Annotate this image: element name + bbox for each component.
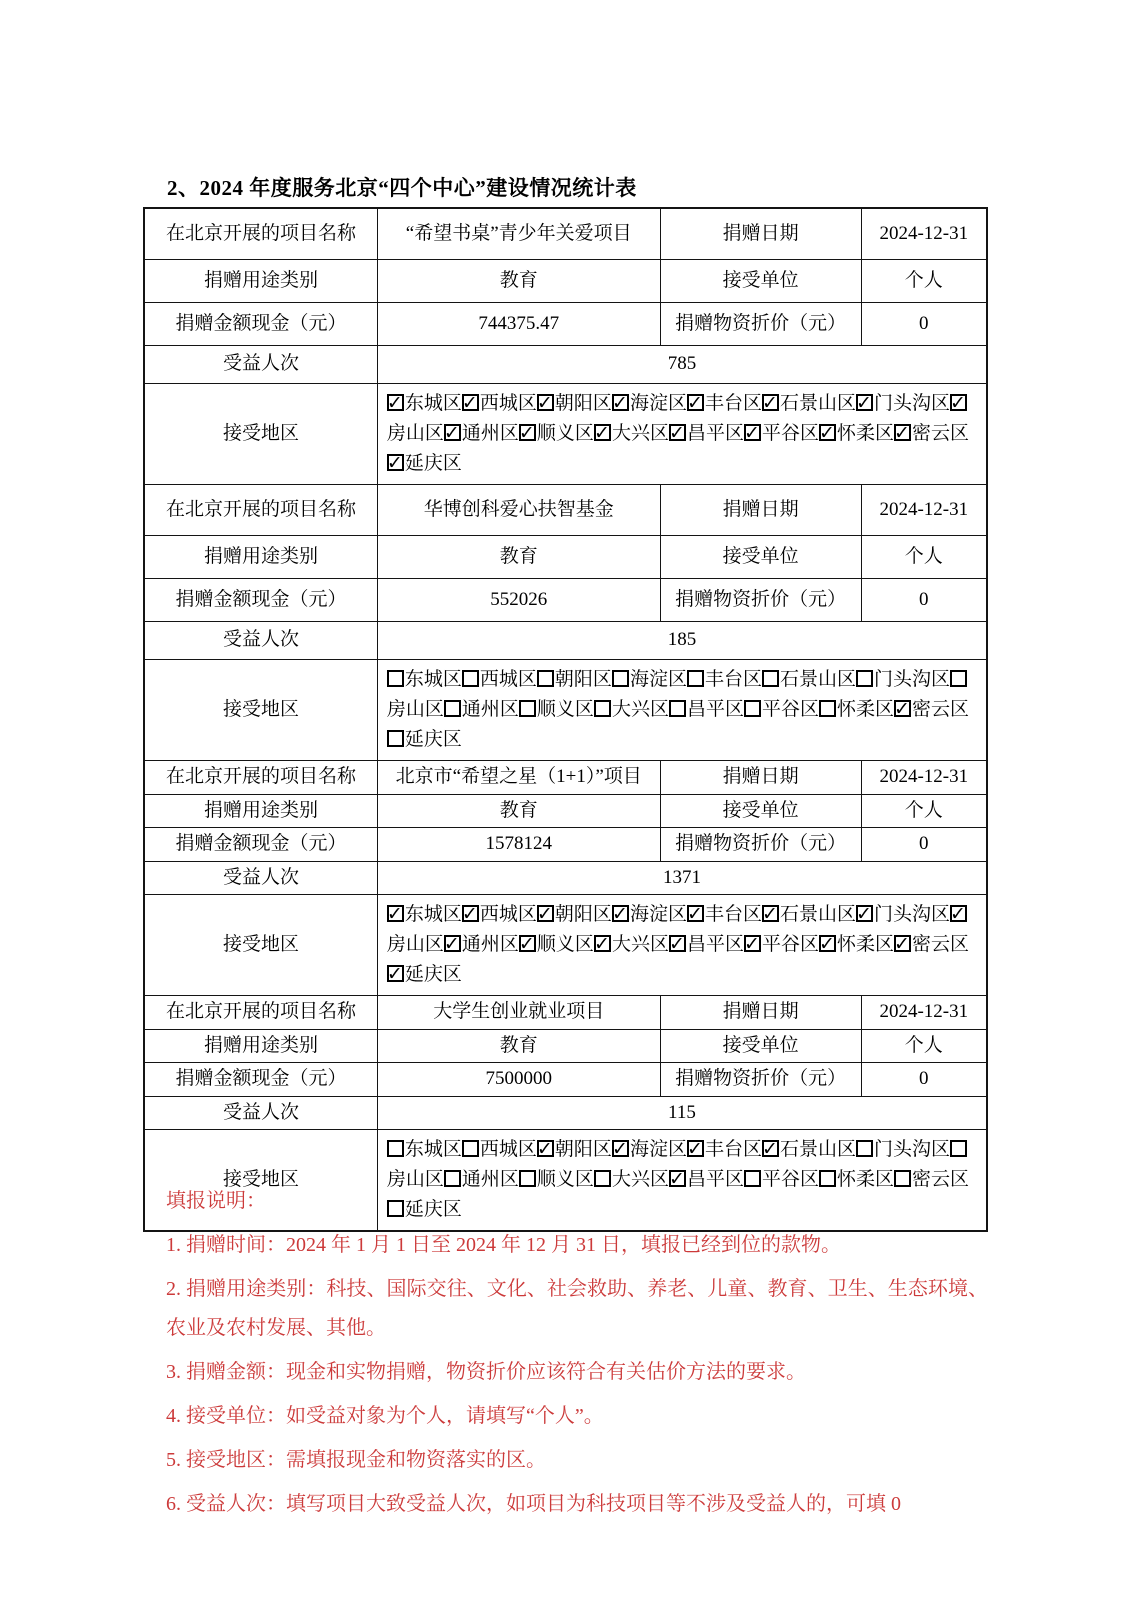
checkbox-checked-icon	[762, 1140, 779, 1157]
checkbox-checked-icon	[594, 424, 611, 441]
cash-amount-label: 捐赠金额现金（元）	[145, 303, 377, 345]
recipient-value: 个人	[861, 795, 986, 828]
regions-label: 接受地区	[145, 384, 377, 484]
checkbox-unchecked-icon	[856, 670, 873, 687]
checkbox-checked-icon	[462, 905, 479, 922]
beneficiaries-label: 受益人次	[145, 346, 377, 383]
checkbox-unchecked-icon	[744, 700, 761, 717]
district-name: 海淀区	[630, 1139, 687, 1160]
district-name: 密云区	[912, 423, 969, 444]
beneficiaries-row: 受益人次 185	[145, 621, 986, 659]
goods-value-value: 0	[861, 828, 986, 861]
beneficiaries-label: 受益人次	[145, 1097, 377, 1130]
category-value: 教育	[377, 1030, 660, 1063]
document-page: 2、2024 年度服务北京“四个中心”建设情况统计表 在北京开展的项目名称 “希…	[0, 0, 1131, 1600]
recipient-value: 个人	[861, 260, 986, 302]
district-name: 东城区	[405, 393, 462, 414]
checkbox-unchecked-icon	[762, 670, 779, 687]
district-name: 怀柔区	[837, 934, 894, 955]
cash-amount-label: 捐赠金额现金（元）	[145, 828, 377, 861]
project-name-label: 在北京开展的项目名称	[145, 209, 377, 259]
goods-value-label: 捐赠物资折价（元）	[660, 1063, 861, 1096]
checkbox-checked-icon	[744, 935, 761, 952]
checkbox-unchecked-icon	[950, 670, 967, 687]
district-name: 朝阳区	[555, 669, 612, 690]
note-item: 2. 捐赠用途类别：科技、国际交往、文化、社会救助、养老、儿童、教育、卫生、生态…	[166, 1270, 988, 1348]
checkbox-checked-icon	[444, 935, 461, 952]
checkbox-checked-icon	[819, 424, 836, 441]
project-name-value: “希望书桌”青少年关爱项目	[377, 209, 660, 259]
district-name: 房山区	[387, 423, 444, 444]
district-name: 石景山区	[780, 1139, 856, 1160]
district-name: 西城区	[480, 1139, 537, 1160]
project-name-value: 北京市“希望之星（1+1）”项目	[377, 761, 660, 794]
district-name: 石景山区	[780, 669, 856, 690]
project-name-value: 华博创科爱心扶智基金	[377, 485, 660, 535]
checkbox-checked-icon	[612, 905, 629, 922]
checkbox-checked-icon	[669, 935, 686, 952]
beneficiaries-row: 受益人次 785	[145, 345, 986, 383]
regions-row: 接受地区 东城区西城区朝阳区海淀区丰台区石景山区门头沟区房山区通州区顺义区大兴区…	[145, 383, 986, 484]
checkbox-checked-icon	[537, 905, 554, 922]
district-name: 通州区	[462, 934, 519, 955]
checkbox-checked-icon	[594, 935, 611, 952]
checkbox-unchecked-icon	[856, 1140, 873, 1157]
project-block: 在北京开展的项目名称 北京市“希望之星（1+1）”项目 捐赠日期 2024-12…	[145, 760, 986, 995]
checkbox-checked-icon	[687, 1140, 704, 1157]
note-item: 5. 接受地区：需填报现金和物资落实的区。	[166, 1441, 988, 1480]
donation-date-value: 2024-12-31	[861, 209, 986, 259]
note-item: 1. 捐赠时间：2024 年 1 月 1 日至 2024 年 12 月 31 日…	[166, 1226, 988, 1265]
district-name: 昌平区	[687, 934, 744, 955]
regions-label: 接受地区	[145, 895, 377, 995]
district-name: 西城区	[480, 904, 537, 925]
district-name: 昌平区	[687, 423, 744, 444]
cash-amount-label: 捐赠金额现金（元）	[145, 1063, 377, 1096]
district-name: 门头沟区	[874, 669, 950, 690]
district-name: 顺义区	[537, 699, 594, 720]
checkbox-checked-icon	[950, 905, 967, 922]
checkbox-unchecked-icon	[387, 670, 404, 687]
checkbox-unchecked-icon	[462, 1140, 479, 1157]
checkbox-checked-icon	[819, 935, 836, 952]
beneficiaries-label: 受益人次	[145, 862, 377, 895]
district-name: 石景山区	[780, 904, 856, 925]
checkbox-checked-icon	[687, 394, 704, 411]
checkbox-unchecked-icon	[387, 730, 404, 747]
checkbox-unchecked-icon	[819, 700, 836, 717]
goods-value-label: 捐赠物资折价（元）	[660, 828, 861, 861]
recipient-value: 个人	[861, 536, 986, 578]
checkbox-checked-icon	[894, 935, 911, 952]
district-name: 门头沟区	[874, 904, 950, 925]
category-value: 教育	[377, 795, 660, 828]
checkbox-unchecked-icon	[387, 1140, 404, 1157]
district-name: 延庆区	[405, 453, 462, 474]
districts-cell: 东城区西城区朝阳区海淀区丰台区石景山区门头沟区房山区通州区顺义区大兴区昌平区平谷…	[377, 384, 986, 484]
project-block: 在北京开展的项目名称 华博创科爱心扶智基金 捐赠日期 2024-12-31 捐赠…	[145, 484, 986, 760]
district-name: 昌平区	[687, 699, 744, 720]
project-name-label: 在北京开展的项目名称	[145, 761, 377, 794]
checkbox-checked-icon	[537, 394, 554, 411]
beneficiaries-row: 受益人次 115	[145, 1096, 986, 1130]
beneficiaries-label: 受益人次	[145, 622, 377, 659]
notes-section: 填报说明： 1. 捐赠时间：2024 年 1 月 1 日至 2024 年 12 …	[166, 1182, 988, 1529]
district-name: 大兴区	[612, 934, 669, 955]
goods-value-value: 0	[861, 1063, 986, 1096]
checkbox-unchecked-icon	[594, 700, 611, 717]
project-name-label: 在北京开展的项目名称	[145, 996, 377, 1029]
checkbox-checked-icon	[856, 905, 873, 922]
district-name: 延庆区	[405, 729, 462, 750]
project-name-value: 大学生创业就业项目	[377, 996, 660, 1029]
amount-row: 捐赠金额现金（元） 7500000 捐赠物资折价（元） 0	[145, 1062, 986, 1096]
checkbox-checked-icon	[387, 454, 404, 471]
district-name: 房山区	[387, 699, 444, 720]
project-name-label: 在北京开展的项目名称	[145, 485, 377, 535]
district-name: 平谷区	[762, 423, 819, 444]
category-row: 捐赠用途类别 教育 接受单位 个人	[145, 535, 986, 578]
goods-value-label: 捐赠物资折价（元）	[660, 303, 861, 345]
category-row: 捐赠用途类别 教育 接受单位 个人	[145, 794, 986, 828]
donation-date-value: 2024-12-31	[861, 996, 986, 1029]
recipient-label: 接受单位	[660, 1030, 861, 1063]
district-name: 丰台区	[705, 393, 762, 414]
donation-date-label: 捐赠日期	[660, 485, 861, 535]
checkbox-checked-icon	[687, 905, 704, 922]
checkbox-unchecked-icon	[687, 670, 704, 687]
page-title: 2、2024 年度服务北京“四个中心”建设情况统计表	[167, 172, 637, 202]
category-label: 捐赠用途类别	[145, 795, 377, 828]
cash-amount-value: 744375.47	[377, 303, 660, 345]
recipient-label: 接受单位	[660, 260, 861, 302]
district-name: 东城区	[405, 1139, 462, 1160]
goods-value-value: 0	[861, 303, 986, 345]
amount-row: 捐赠金额现金（元） 1578124 捐赠物资折价（元） 0	[145, 827, 986, 861]
checkbox-checked-icon	[462, 394, 479, 411]
cash-amount-value: 7500000	[377, 1063, 660, 1096]
beneficiaries-value: 1371	[377, 862, 986, 895]
checkbox-checked-icon	[894, 700, 911, 717]
checkbox-checked-icon	[387, 394, 404, 411]
district-name: 门头沟区	[874, 393, 950, 414]
checkbox-unchecked-icon	[537, 670, 554, 687]
district-name: 东城区	[405, 904, 462, 925]
district-name: 海淀区	[630, 669, 687, 690]
notes-heading: 填报说明：	[166, 1182, 988, 1221]
category-label: 捐赠用途类别	[145, 1030, 377, 1063]
checkbox-unchecked-icon	[612, 670, 629, 687]
district-name: 东城区	[405, 669, 462, 690]
project-name-row: 在北京开展的项目名称 北京市“希望之星（1+1）”项目 捐赠日期 2024-12…	[145, 760, 986, 794]
project-block: 在北京开展的项目名称 “希望书桌”青少年关爱项目 捐赠日期 2024-12-31…	[145, 209, 986, 484]
recipient-label: 接受单位	[660, 536, 861, 578]
districts-cell: 东城区西城区朝阳区海淀区丰台区石景山区门头沟区房山区通州区顺义区大兴区昌平区平谷…	[377, 895, 986, 995]
project-name-row: 在北京开展的项目名称 “希望书桌”青少年关爱项目 捐赠日期 2024-12-31	[145, 209, 986, 259]
recipient-label: 接受单位	[660, 795, 861, 828]
project-name-row: 在北京开展的项目名称 大学生创业就业项目 捐赠日期 2024-12-31	[145, 995, 986, 1029]
checkbox-checked-icon	[387, 965, 404, 982]
checkbox-checked-icon	[669, 424, 686, 441]
checkbox-checked-icon	[612, 394, 629, 411]
note-item: 6. 受益人次：填写项目大致受益人次，如项目为科技项目等不涉及受益人的，可填 0	[166, 1485, 988, 1524]
cash-amount-value: 552026	[377, 579, 660, 621]
checkbox-unchecked-icon	[669, 700, 686, 717]
district-name: 平谷区	[762, 934, 819, 955]
donation-statistics-table: 在北京开展的项目名称 “希望书桌”青少年关爱项目 捐赠日期 2024-12-31…	[143, 207, 988, 1232]
regions-row: 接受地区 东城区西城区朝阳区海淀区丰台区石景山区门头沟区房山区通州区顺义区大兴区…	[145, 894, 986, 995]
checkbox-checked-icon	[612, 1140, 629, 1157]
project-name-row: 在北京开展的项目名称 华博创科爱心扶智基金 捐赠日期 2024-12-31	[145, 484, 986, 535]
district-name: 通州区	[462, 699, 519, 720]
district-name: 丰台区	[705, 904, 762, 925]
checkbox-checked-icon	[444, 424, 461, 441]
checkbox-checked-icon	[762, 905, 779, 922]
district-name: 丰台区	[705, 1139, 762, 1160]
checkbox-checked-icon	[519, 424, 536, 441]
category-label: 捐赠用途类别	[145, 536, 377, 578]
district-name: 顺义区	[537, 423, 594, 444]
checkbox-checked-icon	[950, 394, 967, 411]
district-name: 丰台区	[705, 669, 762, 690]
district-name: 海淀区	[630, 393, 687, 414]
recipient-value: 个人	[861, 1030, 986, 1063]
cash-amount-value: 1578124	[377, 828, 660, 861]
donation-date-label: 捐赠日期	[660, 996, 861, 1029]
district-name: 房山区	[387, 934, 444, 955]
amount-row: 捐赠金额现金（元） 744375.47 捐赠物资折价（元） 0	[145, 302, 986, 345]
beneficiaries-value: 785	[377, 346, 986, 383]
checkbox-unchecked-icon	[462, 670, 479, 687]
checkbox-checked-icon	[537, 1140, 554, 1157]
district-name: 朝阳区	[555, 393, 612, 414]
district-name: 大兴区	[612, 423, 669, 444]
district-name: 大兴区	[612, 699, 669, 720]
district-name: 密云区	[912, 699, 969, 720]
donation-date-label: 捐赠日期	[660, 209, 861, 259]
district-name: 延庆区	[405, 964, 462, 985]
checkbox-checked-icon	[744, 424, 761, 441]
checkbox-unchecked-icon	[950, 1140, 967, 1157]
district-name: 朝阳区	[555, 1139, 612, 1160]
district-name: 平谷区	[762, 699, 819, 720]
district-name: 海淀区	[630, 904, 687, 925]
amount-row: 捐赠金额现金（元） 552026 捐赠物资折价（元） 0	[145, 578, 986, 621]
donation-date-value: 2024-12-31	[861, 761, 986, 794]
category-value: 教育	[377, 536, 660, 578]
category-row: 捐赠用途类别 教育 接受单位 个人	[145, 259, 986, 302]
note-item: 3. 捐赠金额：现金和实物捐赠，物资折价应该符合有关估价方法的要求。	[166, 1353, 988, 1392]
district-name: 西城区	[480, 393, 537, 414]
district-name: 通州区	[462, 423, 519, 444]
district-name: 怀柔区	[837, 699, 894, 720]
district-name: 西城区	[480, 669, 537, 690]
category-value: 教育	[377, 260, 660, 302]
regions-label: 接受地区	[145, 660, 377, 760]
cash-amount-label: 捐赠金额现金（元）	[145, 579, 377, 621]
category-row: 捐赠用途类别 教育 接受单位 个人	[145, 1029, 986, 1063]
districts-cell: 东城区西城区朝阳区海淀区丰台区石景山区门头沟区房山区通州区顺义区大兴区昌平区平谷…	[377, 660, 986, 760]
regions-row: 接受地区 东城区西城区朝阳区海淀区丰台区石景山区门头沟区房山区通州区顺义区大兴区…	[145, 659, 986, 760]
checkbox-checked-icon	[387, 905, 404, 922]
district-name: 朝阳区	[555, 904, 612, 925]
district-name: 密云区	[912, 934, 969, 955]
district-name: 怀柔区	[837, 423, 894, 444]
checkbox-unchecked-icon	[519, 700, 536, 717]
district-name: 顺义区	[537, 934, 594, 955]
checkbox-checked-icon	[519, 935, 536, 952]
district-name: 石景山区	[780, 393, 856, 414]
district-name: 门头沟区	[874, 1139, 950, 1160]
note-item: 4. 接受单位：如受益对象为个人，请填写“个人”。	[166, 1397, 988, 1436]
beneficiaries-value: 115	[377, 1097, 986, 1130]
checkbox-unchecked-icon	[444, 700, 461, 717]
donation-date-label: 捐赠日期	[660, 761, 861, 794]
checkbox-checked-icon	[762, 394, 779, 411]
goods-value-value: 0	[861, 579, 986, 621]
checkbox-checked-icon	[894, 424, 911, 441]
beneficiaries-row: 受益人次 1371	[145, 861, 986, 895]
category-label: 捐赠用途类别	[145, 260, 377, 302]
checkbox-checked-icon	[856, 394, 873, 411]
goods-value-label: 捐赠物资折价（元）	[660, 579, 861, 621]
beneficiaries-value: 185	[377, 622, 986, 659]
donation-date-value: 2024-12-31	[861, 485, 986, 535]
